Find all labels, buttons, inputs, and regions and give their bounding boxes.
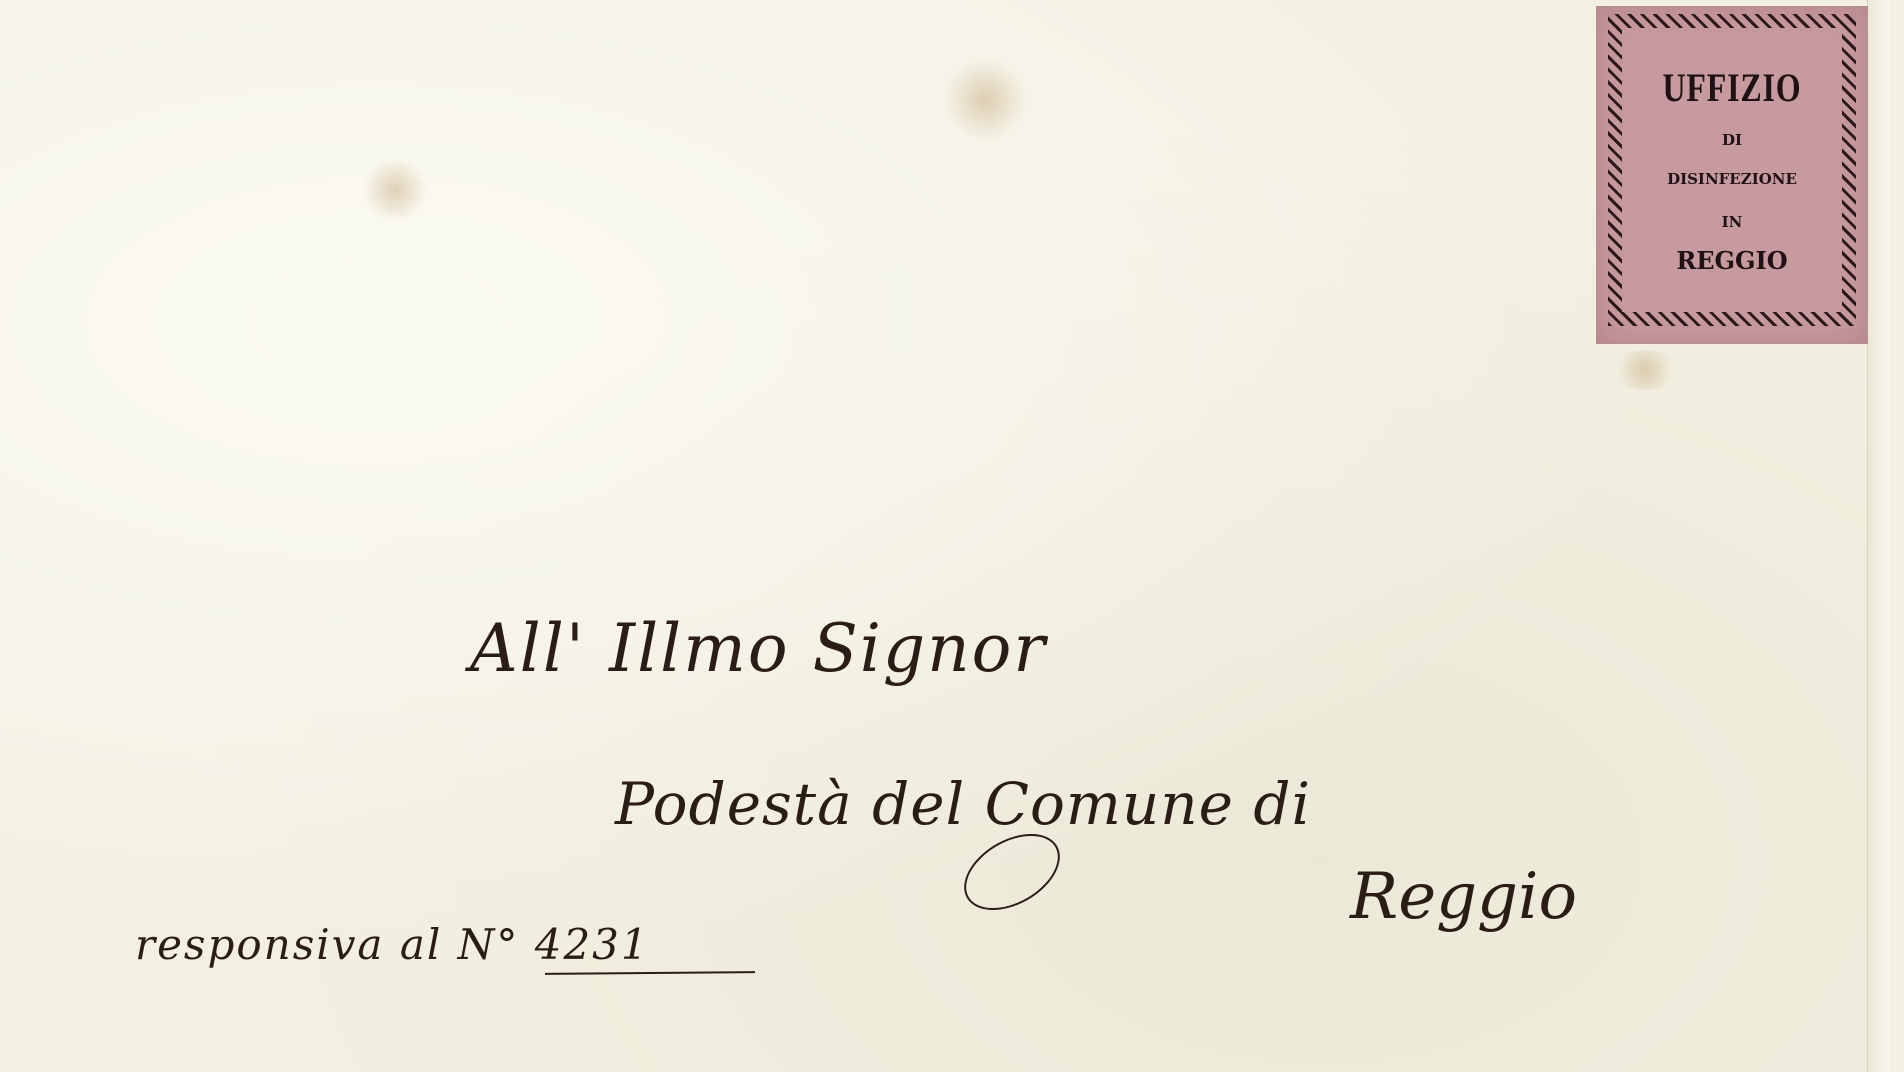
address-line-podesta: Podestà del Comune di <box>615 770 1311 838</box>
disinfection-label: UFFIZIO DI DISINFEZIONE IN REGGIO <box>1596 6 1868 344</box>
foxing-stain <box>360 160 430 220</box>
foxing-stain <box>940 60 1030 140</box>
address-line-salutation: All' Illmo Signor <box>470 610 1047 687</box>
envelope-edge <box>1867 0 1890 1072</box>
label-line-di: DI <box>1596 131 1868 149</box>
address-line-city: Reggio <box>1350 860 1577 934</box>
foxing-stain <box>1610 350 1680 390</box>
reference-underline <box>545 971 755 975</box>
reference-number: responsiva al N° 4231 <box>135 920 650 969</box>
label-line-reggio: REGGIO <box>1596 246 1868 275</box>
envelope: UFFIZIO DI DISINFEZIONE IN REGGIO All' I… <box>0 0 1890 1072</box>
label-line-in: IN <box>1596 213 1868 231</box>
label-line-disinfezione: DISINFEZIONE <box>1596 170 1868 188</box>
label-line-uffizio: UFFIZIO <box>1623 64 1841 111</box>
